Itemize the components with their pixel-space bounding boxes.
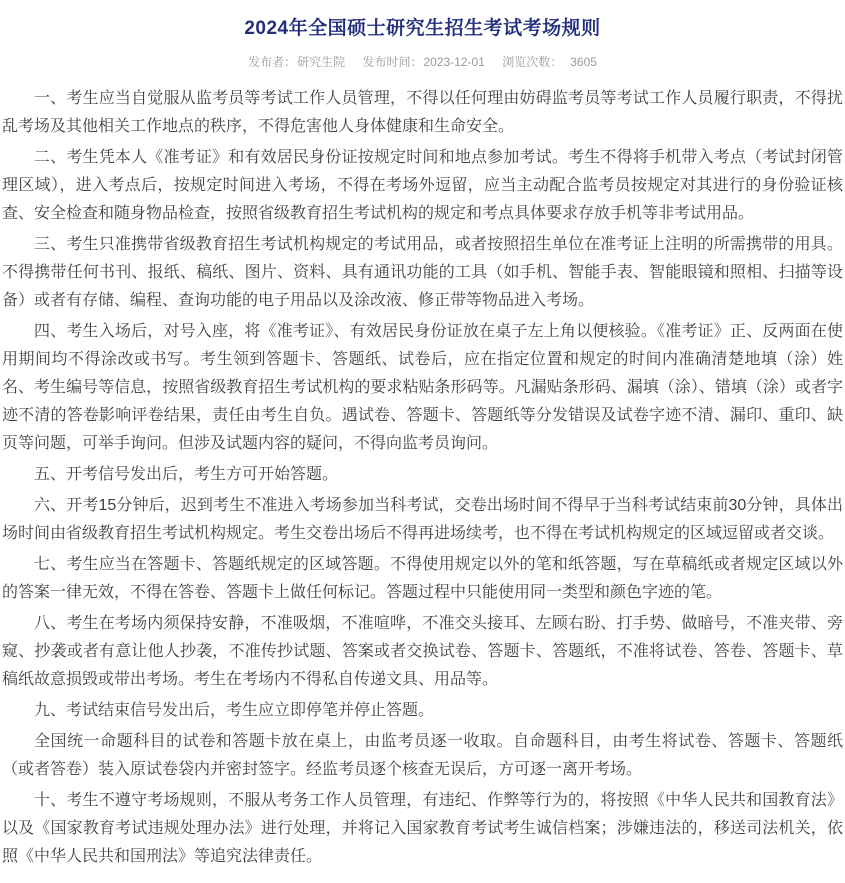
publish-time-value: 2023-12-01 <box>423 55 484 69</box>
views-count: 3605 <box>570 55 597 69</box>
paragraph-rule-1: 一、考生应当自觉服从监考员等考试工作人员管理，不得以任何理由妨碍监考员等考试工作… <box>2 85 843 141</box>
paragraph-rule-2: 二、考生凭本人《准考证》和有效居民身份证按规定时间和地点参加考试。考生不得将手机… <box>2 144 843 228</box>
paragraph-rule-8: 八、考生在考场内须保持安静，不准吸烟，不准喧哗，不准交头接耳、左顾右盼、打手势、… <box>2 610 843 694</box>
publish-time-label: 发布时间： <box>362 55 422 69</box>
article-meta: 发布者：研究生院 发布时间：2023-12-01 浏览次数：3605 <box>0 55 845 70</box>
paragraph-rule-10: 十、考生不遵守考场规则，不服从考务工作人员管理，有违纪、作弊等行为的，将按照《中… <box>2 787 843 871</box>
views-label: 浏览次数： <box>502 55 562 69</box>
article-page: 2024年全国硕士研究生招生考试考场规则 发布者：研究生院 发布时间：2023-… <box>0 0 845 883</box>
page-title: 2024年全国硕士研究生招生考试考场规则 <box>0 0 845 42</box>
publisher-label: 发布者： <box>248 55 296 69</box>
publisher-value: 研究生院 <box>297 55 345 69</box>
paragraph-rule-9: 九、考试结束信号发出后，考生应立即停笔并停止答题。 <box>2 697 843 725</box>
meta-publish-time: 发布时间：2023-12-01 <box>362 55 484 69</box>
meta-views: 浏览次数：3605 <box>502 55 597 69</box>
paragraph-rule-6: 六、开考15分钟后，迟到考生不准进入考场参加当科考试，交卷出场时间不得早于当科考… <box>2 492 843 548</box>
paragraph-rule-5: 五、开考信号发出后，考生方可开始答题。 <box>2 461 843 489</box>
paragraph-rule-3: 三、考生只准携带省级教育招生考试机构规定的考试用品，或者按照招生单位在准考证上注… <box>2 231 843 315</box>
paragraph-rule-9-continued: 全国统一命题科目的试卷和答题卡放在桌上，由监考员逐一收取。自命题科目，由考生将试… <box>2 728 843 784</box>
article-body: 一、考生应当自觉服从监考员等考试工作人员管理，不得以任何理由妨碍监考员等考试工作… <box>0 85 845 871</box>
paragraph-rule-4: 四、考生入场后，对号入座，将《准考证》、有效居民身份证放在桌子左上角以便核验。《… <box>2 318 843 458</box>
paragraph-rule-7: 七、考生应当在答题卡、答题纸规定的区域答题。不得使用规定以外的笔和纸答题，写在草… <box>2 551 843 607</box>
meta-publisher: 发布者：研究生院 <box>248 55 345 69</box>
